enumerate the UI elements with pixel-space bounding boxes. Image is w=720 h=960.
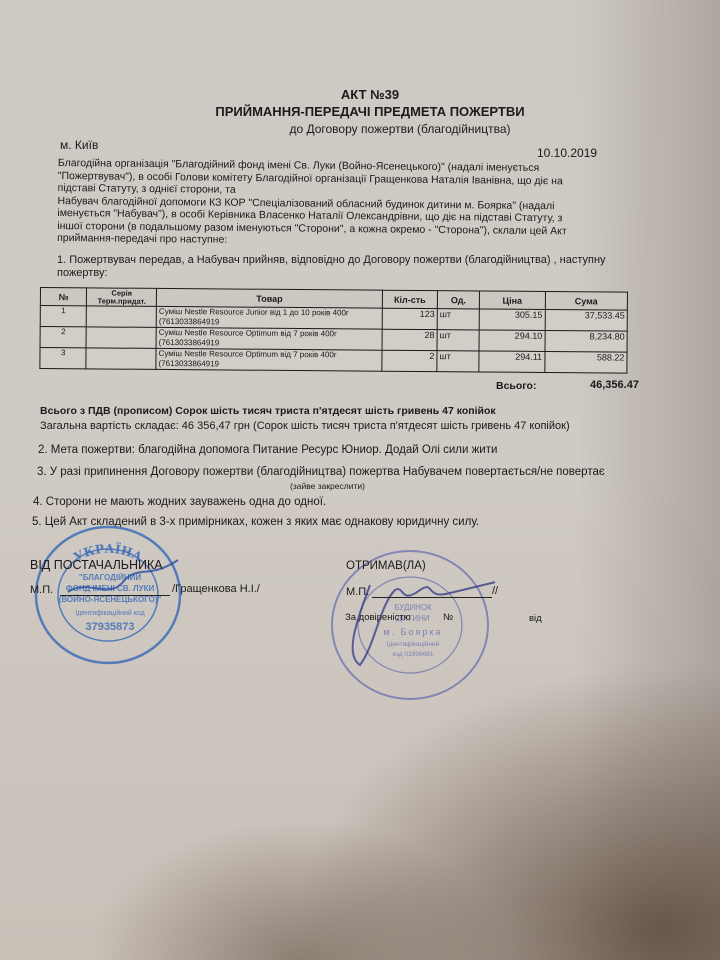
cell-goods: Суміш Nestle Resource Optimum від 7 рокі… [156, 348, 382, 371]
cell-qty: 2 [382, 350, 437, 371]
proxy-number-label: № [443, 612, 453, 623]
stamp-line: Ідентифікаційний [387, 640, 440, 648]
cell-series [86, 327, 156, 349]
cell-price: 305.15 [479, 309, 545, 331]
total-value: 46,356.47 [590, 379, 639, 391]
header-goods: Товар [156, 288, 382, 308]
to-signer-name: // [492, 585, 498, 597]
proxy-date-label: від [529, 613, 542, 624]
total-in-words: Всього з ПДВ (прописом) Сорок шість тися… [40, 405, 496, 417]
cell-sum: 588.22 [544, 351, 627, 373]
header-unit: Од. [437, 291, 479, 309]
from-signer-name: /Гращенкова Н.І./ [172, 583, 260, 595]
header-price: Ціна [479, 291, 545, 310]
total-general: Загальна вартість складає: 46 356,47 грн… [40, 420, 570, 432]
cell-sum: 8,234.80 [545, 330, 628, 352]
to-seal-label: М.П. [346, 586, 369, 598]
clause-1: 1. Пожертвувач передав, а Набувач прийня… [57, 254, 637, 279]
stamp-line: БУДИНОК [394, 603, 432, 612]
paper-background [0, 0, 720, 960]
cell-goods: Суміш Nestle Resource Optimum від 7 рокі… [156, 327, 382, 350]
stamp-line: Ідентифікаційний код [75, 609, 144, 617]
clause-2: 2. Мета пожертви: благодійна допомога Пи… [38, 444, 497, 456]
cell-num: 1 [40, 306, 87, 327]
from-supplier-label: ВІД ПОСТАЧАЛЬНИКА [30, 558, 163, 572]
stamp-line: (ВОЙНО-ЯСЕНЕЦЬКОГО)" [59, 595, 162, 604]
proxy-label: За довіреністю [345, 612, 411, 623]
to-signature-line [372, 597, 492, 598]
act-date: 10.10.2019 [537, 146, 597, 160]
clause-3: 3. У разі припинення Договору пожертви (… [37, 466, 605, 478]
cell-unit: шт [437, 330, 479, 351]
cell-series [87, 306, 157, 328]
header-qty: Кіл-сть [382, 290, 437, 308]
cell-price: 294.10 [479, 330, 545, 352]
from-seal-label: М.П. [30, 584, 53, 596]
cell-series [86, 348, 156, 370]
header-sum: Сума [545, 291, 628, 310]
header-series-line2: Терм.придат. [89, 297, 154, 306]
stamp-code: 37935873 [86, 621, 135, 633]
clause-3-note: (зайве закреслити) [290, 481, 365, 491]
act-subtitle: до Договору пожертви (благодійництва) [40, 122, 720, 136]
from-signature-line [60, 595, 170, 596]
received-label: ОТРИМАВ(ЛА) [346, 560, 426, 572]
cell-qty: 123 [382, 308, 437, 329]
act-main-title: ПРИЙМАННЯ-ПЕРЕДАЧІ ПРЕДМЕТА ПОЖЕРТВИ [10, 104, 720, 119]
stamp-line: код 01996681 [393, 651, 434, 658]
goods-code: (7613033864919 [159, 316, 380, 327]
goods-code: (7613033864919 [159, 337, 380, 348]
clause-4: 4. Сторони не мають жодних зауважень одн… [33, 496, 326, 508]
cell-goods: Суміш Nestle Resource Junior від 1 до 10… [156, 306, 382, 329]
goods-code: (7613033864919 [158, 358, 379, 369]
stamp-line: м. Боярка [383, 627, 442, 637]
header-num: № [40, 288, 87, 306]
table-row: 3 Суміш Nestle Resource Optimum від 7 ро… [40, 348, 627, 374]
intro-paragraph: Благодійна організація "Благодійний фонд… [57, 157, 658, 251]
act-number-title: АКТ №39 [10, 87, 720, 102]
cell-unit: шт [437, 309, 479, 330]
cell-num: 2 [40, 327, 87, 348]
cell-price: 294.11 [479, 351, 545, 373]
header-series: Серія Терм.придат. [87, 288, 157, 307]
donation-goods-table: № Серія Терм.придат. Товар Кіл-сть Од. Ц… [39, 287, 628, 374]
total-label: Всього: [496, 380, 536, 392]
cell-unit: шт [437, 351, 479, 372]
cell-num: 3 [40, 348, 87, 369]
city: м. Київ [60, 138, 98, 152]
cell-qty: 28 [382, 329, 437, 350]
cell-sum: 37,533.45 [545, 309, 628, 331]
